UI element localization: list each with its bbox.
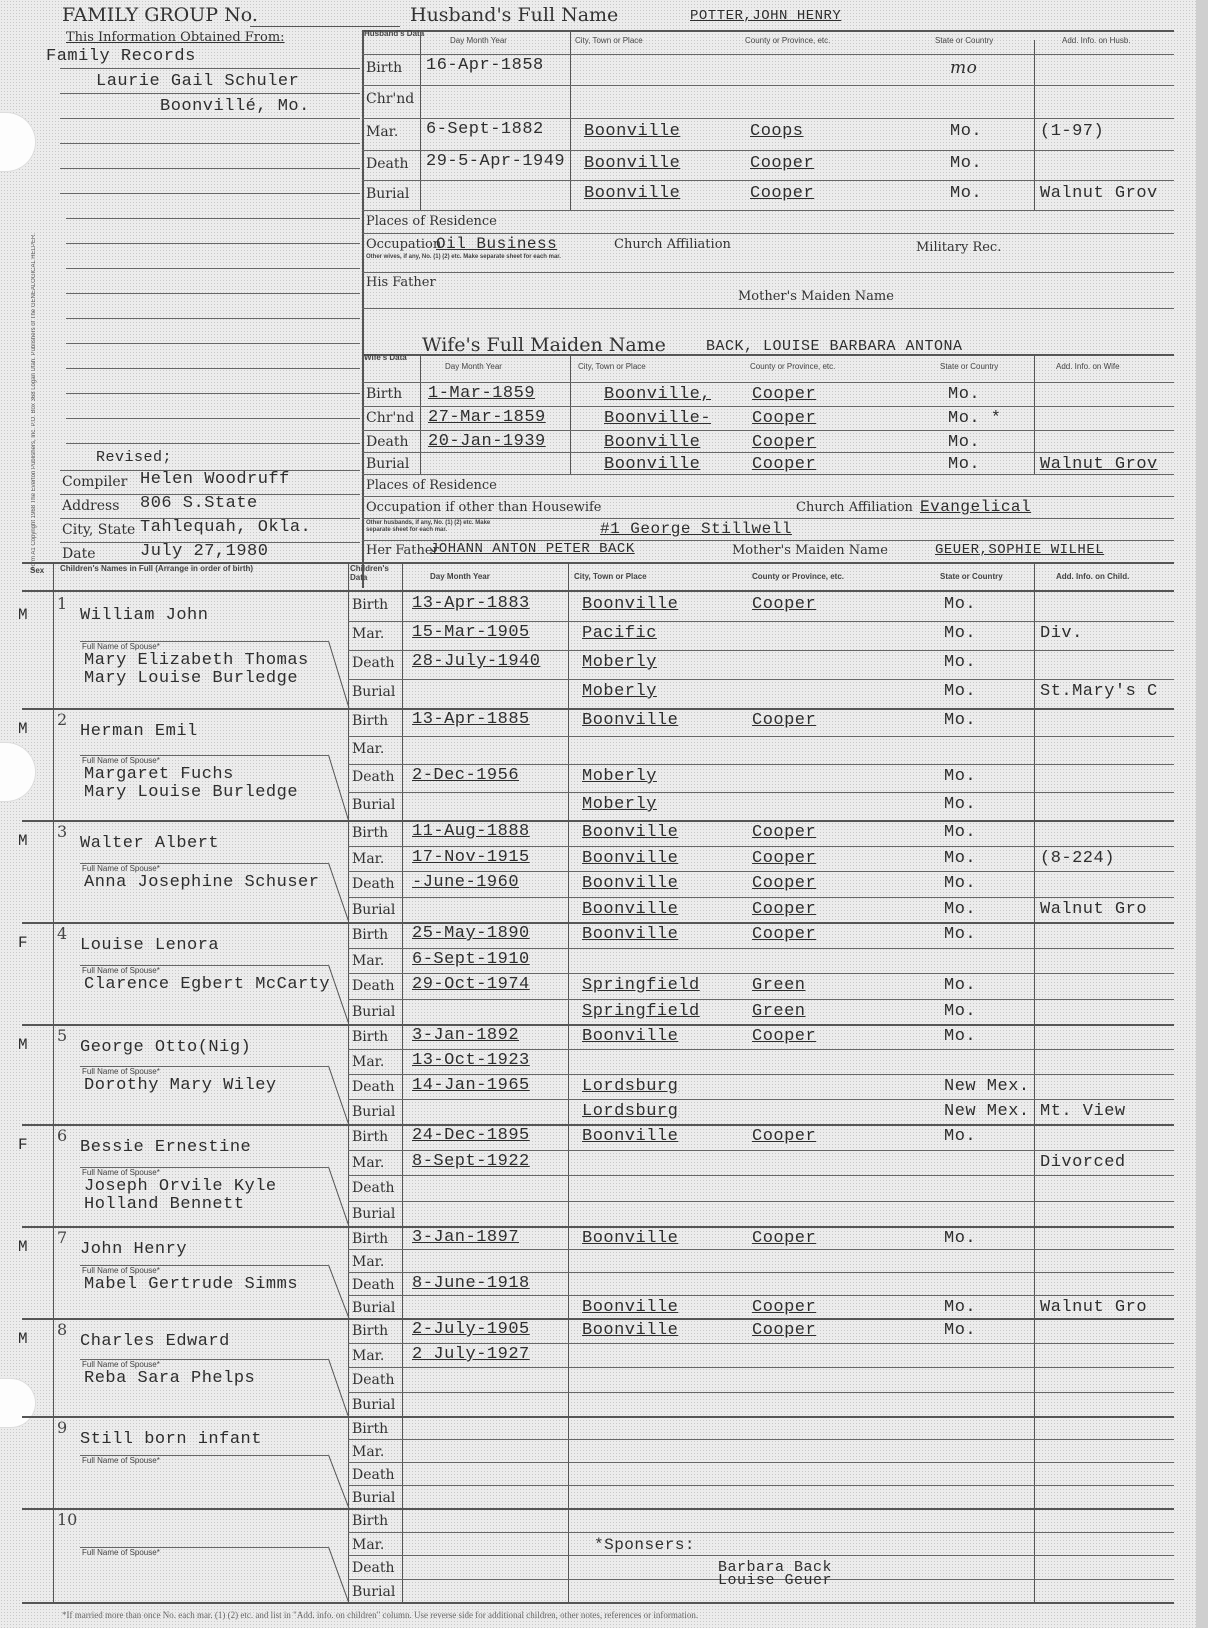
spouse-name[interactable]: Mabel Gertrude Simms [84,1275,298,1294]
spouse-label: Full Name of Spouse* [82,1266,160,1275]
child-event-place[interactable]: Moberly [582,795,657,814]
child-event-county[interactable]: Cooper [752,711,816,730]
children-header-data: Children's Data [350,564,394,582]
child-event-info[interactable]: Mt. View [1040,1102,1126,1121]
source-line-2: Laurie Gail Schuler [96,72,299,91]
revised-label: Revised; [96,449,172,466]
child-event-place[interactable]: Moberly [582,682,657,701]
wife-event-county[interactable]: Cooper [752,409,816,428]
wife-event-state[interactable]: Mo. [948,385,980,404]
child-event-place[interactable]: Moberly [582,767,657,786]
husband-name-label: Husband's Full Name [410,4,618,26]
husband-event-date[interactable]: 16-Apr-1858 [426,56,544,75]
wife-event-place[interactable]: Boonville, [604,385,711,404]
sponsors-label: *Sponsers: [594,1536,695,1554]
child-event-state[interactable]: Mo. [944,976,976,995]
child-event-county[interactable]: Cooper [752,1027,816,1046]
child-event-date[interactable]: 11-Aug-1888 [412,822,530,841]
child-event-state[interactable]: Mo. [944,849,976,868]
child-number: 6 [57,1126,67,1145]
child-event-county[interactable]: Cooper [752,1229,816,1248]
child-event-state[interactable]: Mo. [944,795,976,814]
child-event-place[interactable]: Boonville [582,711,678,730]
children-header-names: Children's Names in Full (Arrange in ord… [60,564,260,573]
page-edge [1196,0,1208,1628]
husband-event-info[interactable]: (1-97) [1040,122,1104,141]
child-number: 3 [57,822,67,841]
child-name[interactable]: George Otto(Nig) [80,1038,251,1057]
col-header-info: Add. Info. on Husb. [1062,36,1131,45]
child-event-info[interactable]: (8-224) [1040,849,1115,868]
husband-occupation-label: Occupation [366,237,441,252]
child-event-county[interactable]: Cooper [752,849,816,868]
child-event-label: Burial [352,902,395,918]
wife-event-county[interactable]: Cooper [752,385,816,404]
child-event-place[interactable]: Pacific [582,624,657,643]
child-event-label: Death [352,1180,395,1196]
source-line-3: Boonvillé, Mo. [160,97,310,116]
child-event-label: Birth [352,1513,388,1529]
child-name[interactable]: Walter Albert [80,834,219,853]
spouse-name[interactable]: Mary Elizabeth Thomas [84,651,309,670]
spouse-bracket [328,1547,349,1603]
wife-father-label: Her Father [366,543,439,558]
child-name[interactable]: Still born infant [80,1430,262,1449]
children-header-place: City, Town or Place [574,572,647,581]
child-event-date[interactable]: 28-July-1940 [412,652,540,671]
child-event-label: Mar. [352,1537,384,1553]
spouse-name[interactable]: Clarence Egbert McCarty [84,975,330,994]
child-event-label: Death [352,1079,395,1095]
child-event-state[interactable]: Mo. [944,1321,976,1340]
child-event-county[interactable]: Cooper [752,595,816,614]
source-label: This Information Obtained From: [66,30,285,45]
child-sex[interactable]: M [18,720,28,738]
child-event-state[interactable]: Mo. [944,711,976,730]
child-event-label: Mar. [352,626,384,642]
child-event-state[interactable]: New Mex. [944,1077,1030,1096]
child-event-place[interactable]: Boonville [582,1229,678,1248]
child-event-state[interactable]: Mo. [944,823,976,842]
col-header-state: State or Country [935,36,993,45]
husband-event-label: Birth [366,60,402,76]
husband-church-label: Church Affiliation [614,237,731,252]
child-event-label: Death [352,1277,395,1293]
spouse-label: Full Name of Spouse* [82,1456,160,1465]
wife-event-state[interactable]: Mo. [948,455,980,474]
child-event-state[interactable]: Mo. [944,595,976,614]
child-event-date[interactable]: 8-Sept-1922 [412,1152,530,1171]
child-event-county[interactable]: Cooper [752,925,816,944]
child-event-place[interactable]: Boonville [582,925,678,944]
wife-occupation-label: Occupation if other than Housewife [366,500,602,515]
wife-event-label: Death [366,434,409,450]
child-event-date[interactable]: 8-June-1918 [412,1274,530,1293]
spouse-label: Full Name of Spouse* [82,1360,160,1369]
child-event-state[interactable]: Mo. [944,624,976,643]
family-group-number-line[interactable] [250,26,400,27]
wife-event-place[interactable]: Boonville [604,455,700,474]
child-event-place[interactable]: Springfield [582,1002,700,1021]
wife-event-label: Chr'nd [366,410,414,426]
child-event-place[interactable]: Lordsburg [582,1077,678,1096]
child-event-county[interactable]: Green [752,976,806,995]
husband-event-place[interactable]: Boonville [584,154,680,173]
child-event-label: Burial [352,1397,395,1413]
child-event-county[interactable]: Cooper [752,1298,816,1317]
spouse-bracket [328,1455,349,1509]
child-event-info[interactable]: Div. [1040,624,1083,643]
child-name[interactable]: Herman Emil [80,722,198,741]
child-event-label: Birth [352,597,388,613]
husband-event-state[interactable]: mo [950,58,977,78]
husband-event-date[interactable]: 29-5-Apr-1949 [426,152,565,171]
child-event-label: Mar. [352,1348,384,1364]
child-event-date[interactable]: 14-Jan-1965 [412,1076,530,1095]
spouse-bracket [328,1066,349,1124]
spouse-bracket [328,863,349,922]
child-event-label: Burial [352,1584,395,1600]
child-event-label: Mar. [352,851,384,867]
child-event-label: Birth [352,1421,388,1437]
child-number: 2 [57,710,67,729]
child-event-place[interactable]: Boonville [582,1027,678,1046]
punch-hole [0,742,36,802]
child-event-label: Burial [352,1206,395,1222]
child-sex[interactable]: F [18,1136,28,1154]
husband-residence-label: Places of Residence [366,214,497,229]
child-event-info[interactable]: Walnut Gro [1040,1298,1147,1317]
child-event-state[interactable]: Mo. [944,925,976,944]
child-event-place[interactable]: Boonville [582,1321,678,1340]
child-event-date[interactable]: 15-Mar-1905 [412,623,530,642]
husband-father-label: His Father [366,275,436,290]
child-event-county[interactable]: Cooper [752,1321,816,1340]
child-event-state[interactable]: Mo. [944,1002,976,1021]
children-header-state: State or Country [940,572,1003,581]
wife-father-value: JOHANN ANTON PETER BACK [430,541,635,557]
child-event-label: Death [352,1560,395,1576]
wife-event-county[interactable]: Cooper [752,433,816,452]
child-event-label: Burial [352,684,395,700]
address-value: 806 S.State [140,494,258,513]
child-event-date[interactable]: 29-Oct-1974 [412,975,530,994]
child-sex[interactable]: M [18,832,28,850]
wife-name-label: Wife's Full Maiden Name [422,334,666,356]
child-event-label: Death [352,978,395,994]
husband-mother-label: Mother's Maiden Name [738,289,894,304]
wife-col-date: Day Month Year [445,362,502,371]
child-sex[interactable]: F [18,934,28,952]
spouse-label: Full Name of Spouse* [82,642,160,651]
child-number: 9 [57,1418,67,1437]
spouse-name-2[interactable]: Mary Louise Burledge [84,783,298,802]
child-event-label: Birth [352,1029,388,1045]
child-event-date[interactable]: 6-Sept-1910 [412,950,530,969]
date-label: Date [62,546,95,562]
family-group-label: FAMILY GROUP No. [62,4,258,26]
spouse-name[interactable]: Margaret Fuchs [84,765,234,784]
child-event-state[interactable]: Mo. [944,767,976,786]
husband-name-value: POTTER,JOHN HENRY [690,8,841,24]
child-event-label: Mar. [352,953,384,969]
col-header-place: City, Town or Place [575,36,643,45]
husband-military-label: Military Rec. [916,240,1001,255]
child-name[interactable]: Bessie Ernestine [80,1138,251,1157]
child-event-label: Death [352,876,395,892]
child-event-state[interactable]: Mo. [944,682,976,701]
spouse-bracket [328,1167,349,1226]
punch-hole [0,112,36,172]
child-event-state[interactable]: Mo. [944,874,976,893]
spouse-bracket [328,1359,348,1416]
child-event-label: Mar. [352,741,384,757]
husband-event-label: Death [366,156,409,172]
husband-event-state[interactable]: Mo. [950,184,982,203]
child-event-label: Death [352,655,395,671]
spouse-label: Full Name of Spouse* [82,756,160,765]
husband-event-label: Chr'nd [366,91,414,107]
child-event-date[interactable]: 2 July-1927 [412,1345,530,1364]
wife-col-info: Add. Info. on Wife [1056,362,1120,371]
child-event-label: Mar. [352,1254,384,1270]
child-name[interactable]: Charles Edward [80,1332,230,1351]
wife-name-value: BACK, LOUISE BARBARA ANTONA [706,338,963,355]
child-number: 10 [57,1510,77,1529]
wife-event-info[interactable]: Walnut Grov [1040,455,1158,474]
child-event-date[interactable]: 17-Nov-1915 [412,848,530,867]
child-sex[interactable]: M [18,606,28,624]
copyright-side-text: Form A1 Copyright 1968 The Everton Publi… [30,230,58,570]
child-event-label: Burial [352,1004,395,1020]
child-event-label: Birth [352,825,388,841]
other-husbands-value: #1 George Stillwell [600,520,792,538]
spouse-name[interactable]: Reba Sara Phelps [84,1369,255,1388]
child-event-date[interactable]: -June-1960 [412,873,519,892]
wife-event-date[interactable]: 1-Mar-1859 [428,384,535,403]
wife-event-label: Burial [366,456,409,472]
wife-event-place[interactable]: Boonville- [604,409,711,428]
other-wives-label: Other wives, if any, No. (1) (2) etc. Ma… [366,254,576,261]
child-event-county[interactable]: Cooper [752,823,816,842]
child-event-state[interactable]: Mo. [944,900,976,919]
child-event-date[interactable]: 2-July-1905 [412,1320,530,1339]
city-state-value: Tahlequah, Okla. [140,518,311,537]
child-event-place[interactable]: Springfield [582,976,700,995]
child-event-county[interactable]: Cooper [752,900,816,919]
child-event-state[interactable]: Mo. [944,1027,976,1046]
child-event-label: Birth [352,1129,388,1145]
husband-event-county[interactable]: Cooper [750,184,814,203]
child-event-label: Death [352,1372,395,1388]
child-event-label: Mar. [352,1155,384,1171]
husband-event-place[interactable]: Boonville [584,122,680,141]
child-event-date[interactable]: 3-Jan-1892 [412,1026,519,1045]
spouse-label: Full Name of Spouse* [82,864,160,873]
child-event-date[interactable]: 24-Dec-1895 [412,1126,530,1145]
child-sex[interactable]: M [18,1330,28,1348]
child-event-place[interactable]: Boonville [582,849,678,868]
wife-event-date[interactable]: 27-Mar-1859 [428,408,546,427]
child-event-info[interactable]: St.Mary's C [1040,682,1158,701]
child-event-place[interactable]: Boonville [582,874,678,893]
spouse-name[interactable]: Joseph Orvile Kyle [84,1177,277,1196]
child-event-label: Birth [352,1323,388,1339]
date-value: July 27,1980 [140,542,268,561]
husband-event-info[interactable]: Walnut Grov [1040,184,1158,203]
child-event-county[interactable]: Cooper [752,1127,816,1146]
source-line-1: Family Records [46,47,196,66]
child-event-state[interactable]: Mo. [944,1298,976,1317]
child-event-label: Burial [352,1300,395,1316]
wife-church-label: Church Affiliation [796,500,913,515]
child-event-info[interactable]: Walnut Gro [1040,900,1147,919]
husband-event-state[interactable]: Mo. [950,154,982,173]
wife-mother-value: GEUER,SOPHIE WILHEL [935,542,1104,558]
child-event-label: Birth [352,927,388,943]
child-event-state[interactable]: Mo. [944,1229,976,1248]
wife-event-county[interactable]: Cooper [752,455,816,474]
child-event-date[interactable]: 13-Oct-1923 [412,1051,530,1070]
other-husbands-label: Other husbands, if any, No. (1) (2) etc.… [366,520,516,534]
spouse-name-2[interactable]: Holland Bennett [84,1195,245,1214]
child-name[interactable]: William John [80,606,208,625]
child-event-label: Burial [352,1104,395,1120]
children-header-info: Add. Info. on Child. [1056,572,1129,581]
child-event-label: Birth [352,1231,388,1247]
child-event-state[interactable]: Mo. [944,653,976,672]
wife-event-date[interactable]: 20-Jan-1939 [428,432,546,451]
spouse-label: Full Name of Spouse* [82,1548,160,1557]
compiler-value: Helen Woodruff [140,470,290,489]
sponsor-2: Louise Geuer [718,1574,832,1587]
children-header-sex: Sex [30,566,44,575]
child-event-county[interactable]: Cooper [752,874,816,893]
children-header-date: Day Month Year [430,572,490,581]
wife-event-state[interactable]: Mo. * [948,409,1002,428]
child-number: 8 [57,1320,67,1339]
wife-event-state[interactable]: Mo. [948,433,980,452]
col-header-county: County or Province, etc. [745,36,830,45]
child-event-place[interactable]: Boonville [582,595,678,614]
wife-mother-label: Mother's Maiden Name [732,543,888,558]
child-event-county[interactable]: Green [752,1002,806,1021]
child-sex[interactable]: M [18,1238,28,1256]
spouse-bracket [328,641,349,708]
compiler-label: Compiler [62,474,127,490]
wife-col-state: State or Country [940,362,998,371]
child-number: 1 [57,594,67,613]
child-event-label: Mar. [352,1054,384,1070]
child-event-place[interactable]: Boonville [582,1127,678,1146]
child-name[interactable]: Louise Lenora [80,936,219,955]
husband-event-place[interactable]: Boonville [584,184,680,203]
spouse-bracket [328,965,349,1024]
spouse-name[interactable]: Anna Josephine Schuser [84,873,319,892]
child-event-date[interactable]: 3-Jan-1897 [412,1228,519,1247]
child-event-date[interactable]: 25-May-1890 [412,924,530,943]
spouse-bracket [328,755,349,820]
spouse-bracket [328,1265,349,1319]
husband-event-state[interactable]: Mo. [950,122,982,141]
child-number: 4 [57,924,67,943]
wife-col-place: City, Town or Place [578,362,646,371]
husband-event-label: Burial [366,186,409,202]
wife-residence-label: Places of Residence [366,478,497,493]
wife-church-value: Evangelical [920,498,1031,516]
child-name[interactable]: John Henry [80,1240,187,1259]
husband-event-county[interactable]: Coops [750,122,804,141]
city-state-label: City, State [62,522,135,538]
child-number: 7 [57,1228,67,1247]
child-event-label: Death [352,1467,395,1483]
spouse-label: Full Name of Spouse* [82,966,160,975]
child-event-label: Birth [352,713,388,729]
child-event-date[interactable]: 13-Apr-1883 [412,594,530,613]
col-header-date: Day Month Year [450,36,507,45]
wife-event-place[interactable]: Boonville [604,433,700,452]
child-event-label: Burial [352,1490,395,1506]
husband-occupation-value: Oil Business [436,235,557,253]
spouse-name[interactable]: Dorothy Mary Wiley [84,1076,277,1095]
child-event-place[interactable]: Moberly [582,653,657,672]
wife-col-county: County or Province, etc. [750,362,835,371]
address-label: Address [62,498,119,514]
child-event-place[interactable]: Boonville [582,900,678,919]
child-event-info[interactable]: Divorced [1040,1153,1126,1172]
child-event-place[interactable]: Boonville [582,823,678,842]
child-number: 5 [57,1026,67,1045]
child-sex[interactable]: M [18,1036,28,1054]
child-event-label: Burial [352,797,395,813]
child-event-label: Death [352,769,395,785]
spouse-label: Full Name of Spouse* [82,1168,160,1177]
child-event-state[interactable]: Mo. [944,1127,976,1146]
spouse-label: Full Name of Spouse* [82,1067,160,1076]
child-event-place[interactable]: Boonville [582,1298,678,1317]
punch-hole [0,1378,36,1428]
child-event-state[interactable]: New Mex. [944,1102,1030,1121]
husband-event-date[interactable]: 6-Sept-1882 [426,120,544,139]
husband-event-county[interactable]: Cooper [750,154,814,173]
child-event-date[interactable]: 2-Dec-1956 [412,766,519,785]
husband-data-label: Husband's Data [364,30,424,38]
husband-event-label: Mar. [366,124,398,140]
child-event-date[interactable]: 13-Apr-1885 [412,710,530,729]
wife-event-label: Birth [366,386,402,402]
footnote: *If married more than once No. each mar.… [62,1610,698,1620]
spouse-name-2[interactable]: Mary Louise Burledge [84,669,298,688]
wife-data-label: Wife's Data [364,354,407,362]
children-header-county: County or Province, etc. [752,572,844,581]
child-event-label: Mar. [352,1444,384,1460]
child-event-place[interactable]: Lordsburg [582,1102,678,1121]
